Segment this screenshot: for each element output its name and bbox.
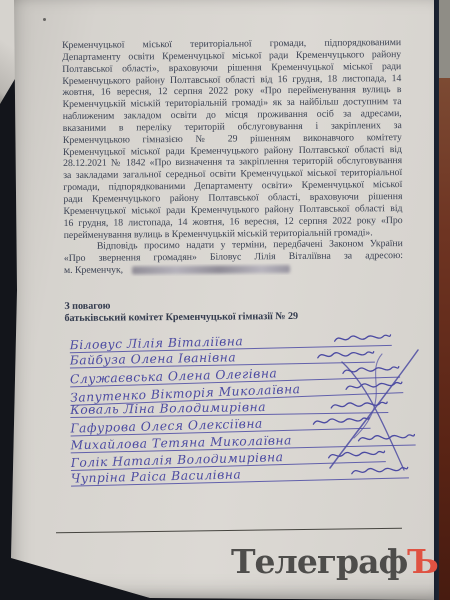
- closing-block: З повагою батьківський комітет Кременчуц…: [64, 298, 403, 326]
- watermark-accent-letter: Ъ: [407, 542, 438, 581]
- reply-paragraph: Відповідь просимо надати у терміни, пере…: [64, 238, 403, 276]
- signatory-name: Чупріна Раіса Василівна: [71, 469, 242, 485]
- watermark-text: Телеграф: [231, 542, 407, 581]
- paper-speck: [43, 18, 46, 21]
- body-paragraph: Кременчуцької міської територіальної гро…: [62, 37, 403, 241]
- reply-line-address: м. Кременчук,: [64, 262, 403, 277]
- photo-of-letter: Кременчуцької міської територіальної гро…: [0, 0, 450, 600]
- telegraf-watermark: ТелеграфЪ: [231, 542, 438, 582]
- large-pen-flourish-icon: [322, 346, 430, 478]
- closing-committee: батьківський комітет Кременчуцької гімна…: [64, 310, 403, 325]
- page-footer-rule: [56, 528, 402, 534]
- letter-page: Кременчуцької міської територіальної гро…: [0, 0, 450, 600]
- address-city: м. Кременчук,: [64, 265, 123, 277]
- signature-flourish-icon: [333, 329, 391, 344]
- redacted-address-blur: [132, 265, 290, 274]
